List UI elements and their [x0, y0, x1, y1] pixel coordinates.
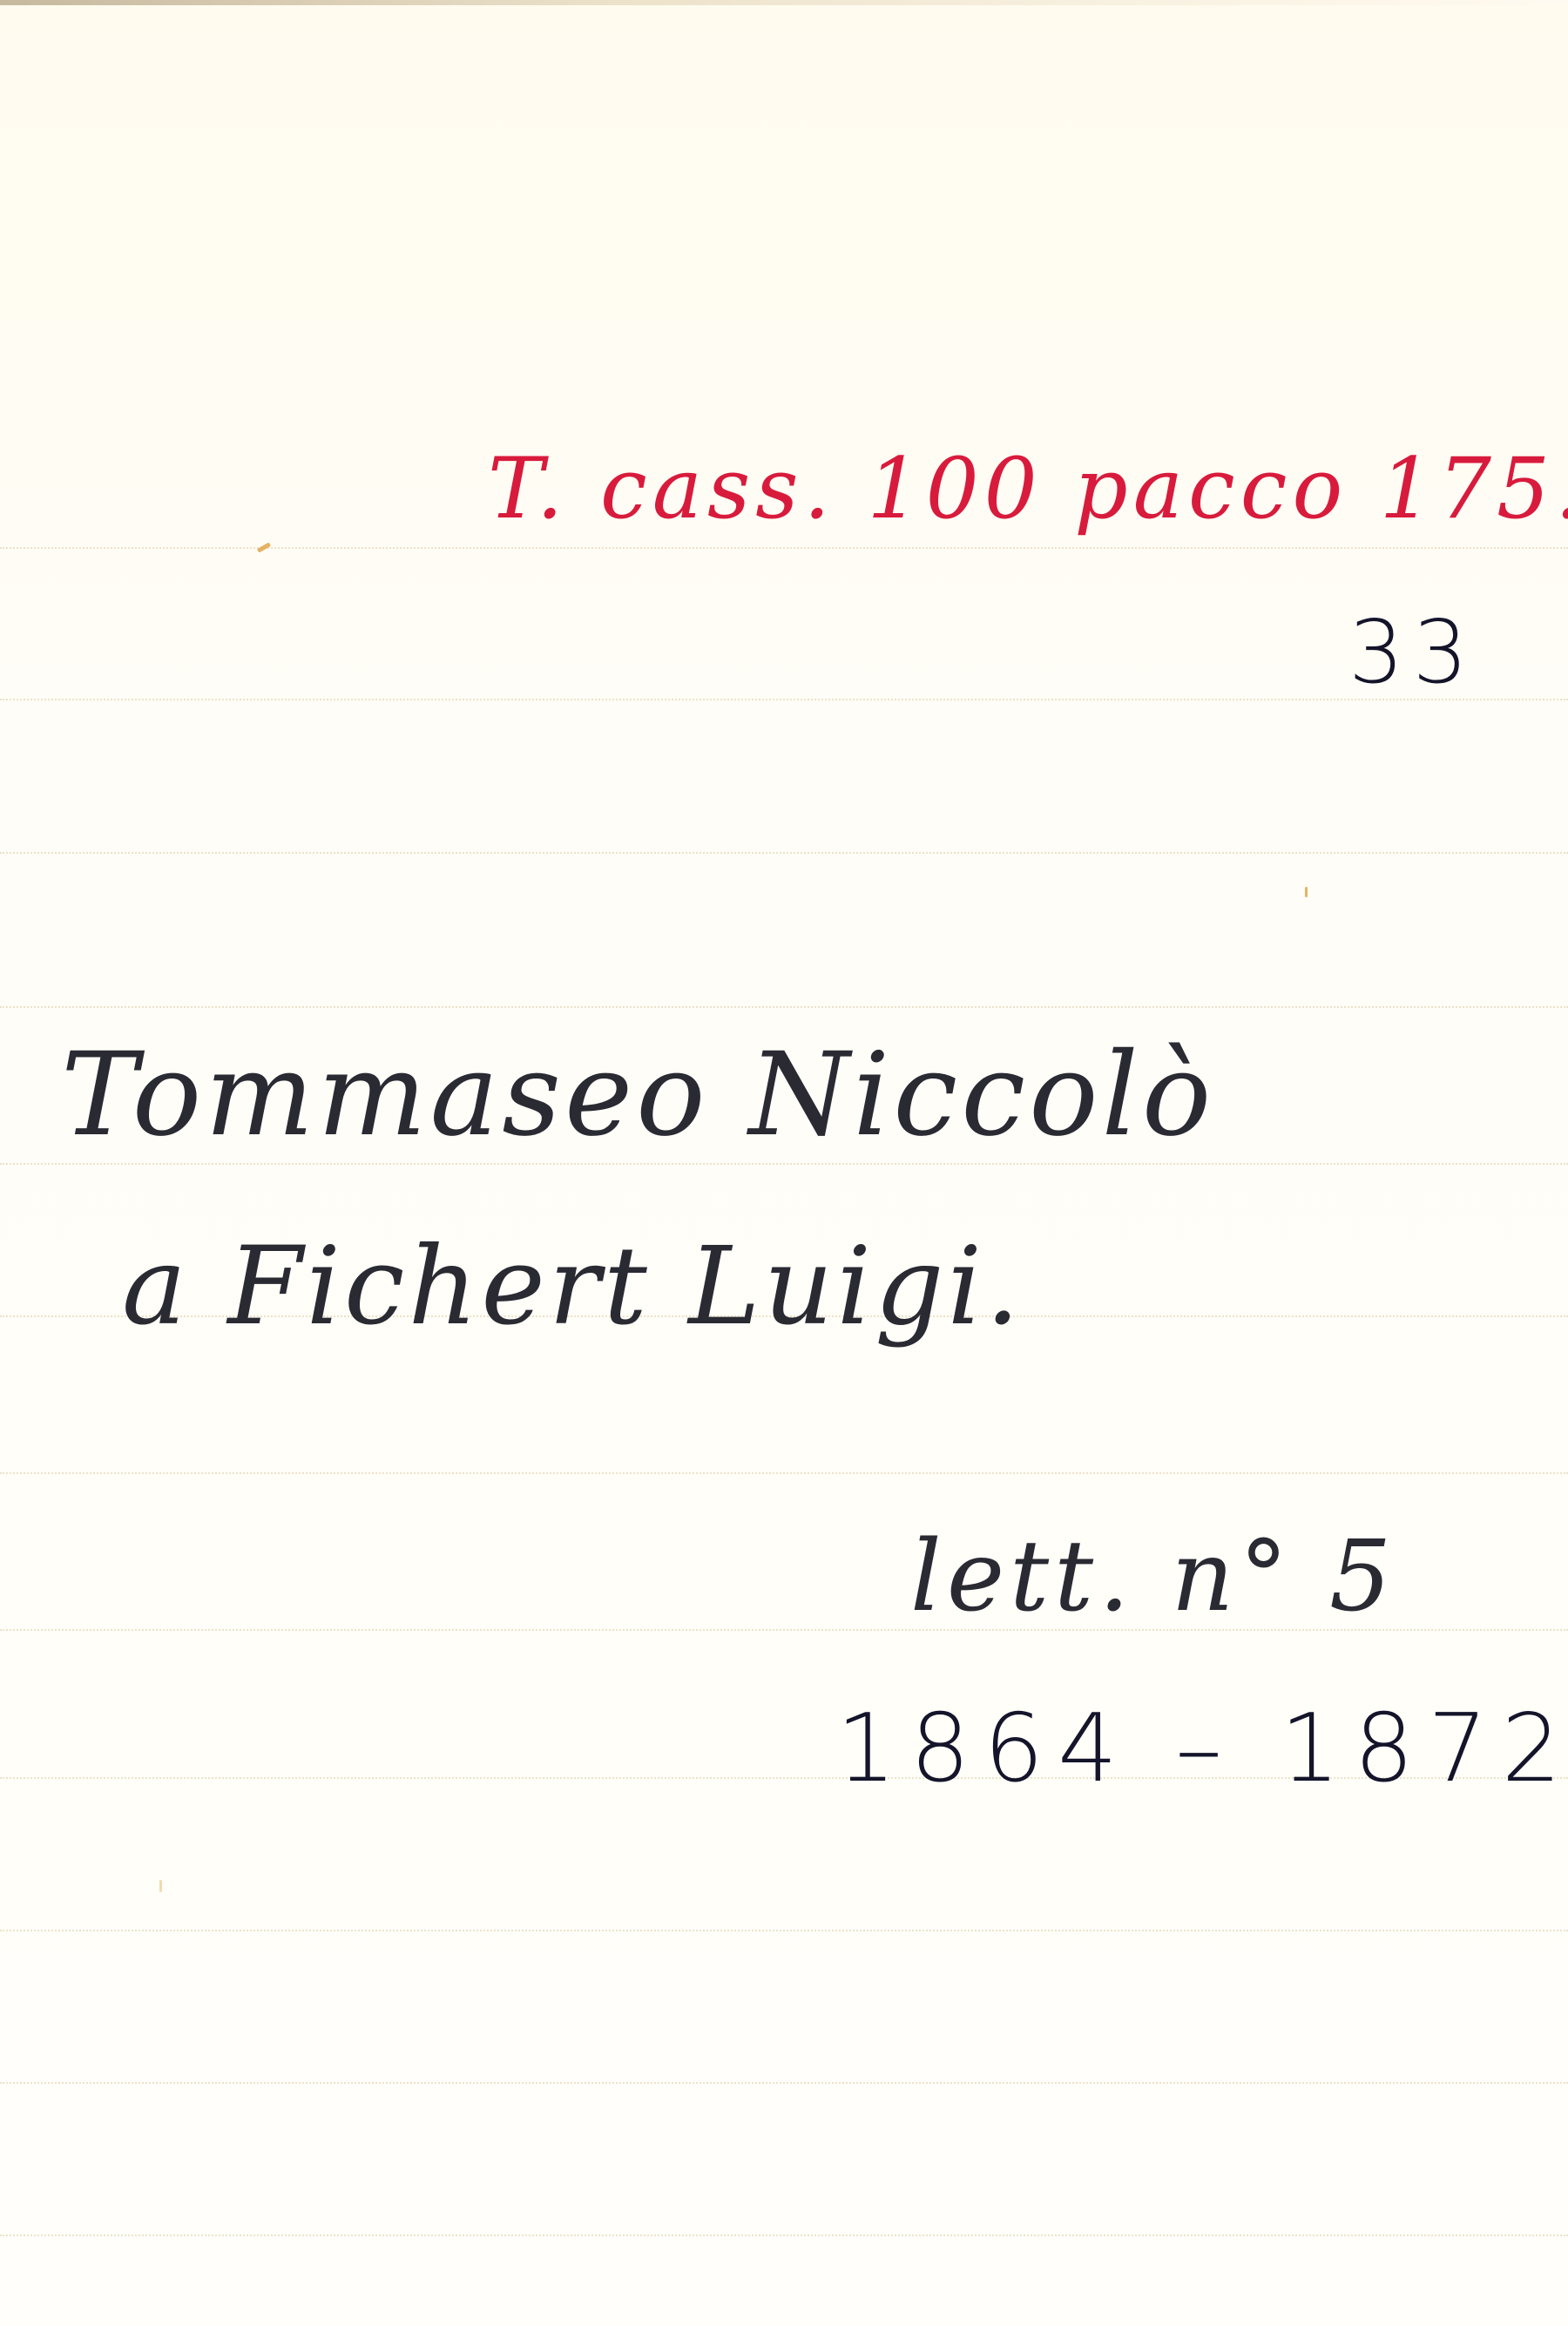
- shelfmark-reference: T. cass. 100 pacco 175.: [488, 440, 1568, 538]
- ruled-line: [0, 1163, 1568, 1165]
- date-range: 1864 – 1872: [836, 1694, 1568, 1803]
- letters-count: lett. n° 5: [910, 1520, 1396, 1633]
- ruled-line: [0, 1472, 1568, 1474]
- author-name: Tommaseo Niccolò: [61, 1028, 1214, 1162]
- ruled-line: [0, 2082, 1568, 2084]
- ruled-line: [0, 1930, 1568, 1931]
- card-top-edge: [0, 0, 1568, 5]
- paper-speck: [159, 1880, 162, 1892]
- paper-speck: [1305, 887, 1308, 897]
- ruled-line: [0, 2235, 1568, 2236]
- ruled-line: [0, 1006, 1568, 1008]
- ruled-line: [0, 547, 1568, 549]
- recipient-name: a Fichert Luigi.: [122, 1224, 1024, 1349]
- ruled-line: [0, 699, 1568, 700]
- ruled-line: [0, 852, 1568, 854]
- archival-index-card: T. cass. 100 pacco 175. 33 Tommaseo Nicc…: [0, 0, 1568, 2326]
- folder-number: 33: [1348, 601, 1477, 703]
